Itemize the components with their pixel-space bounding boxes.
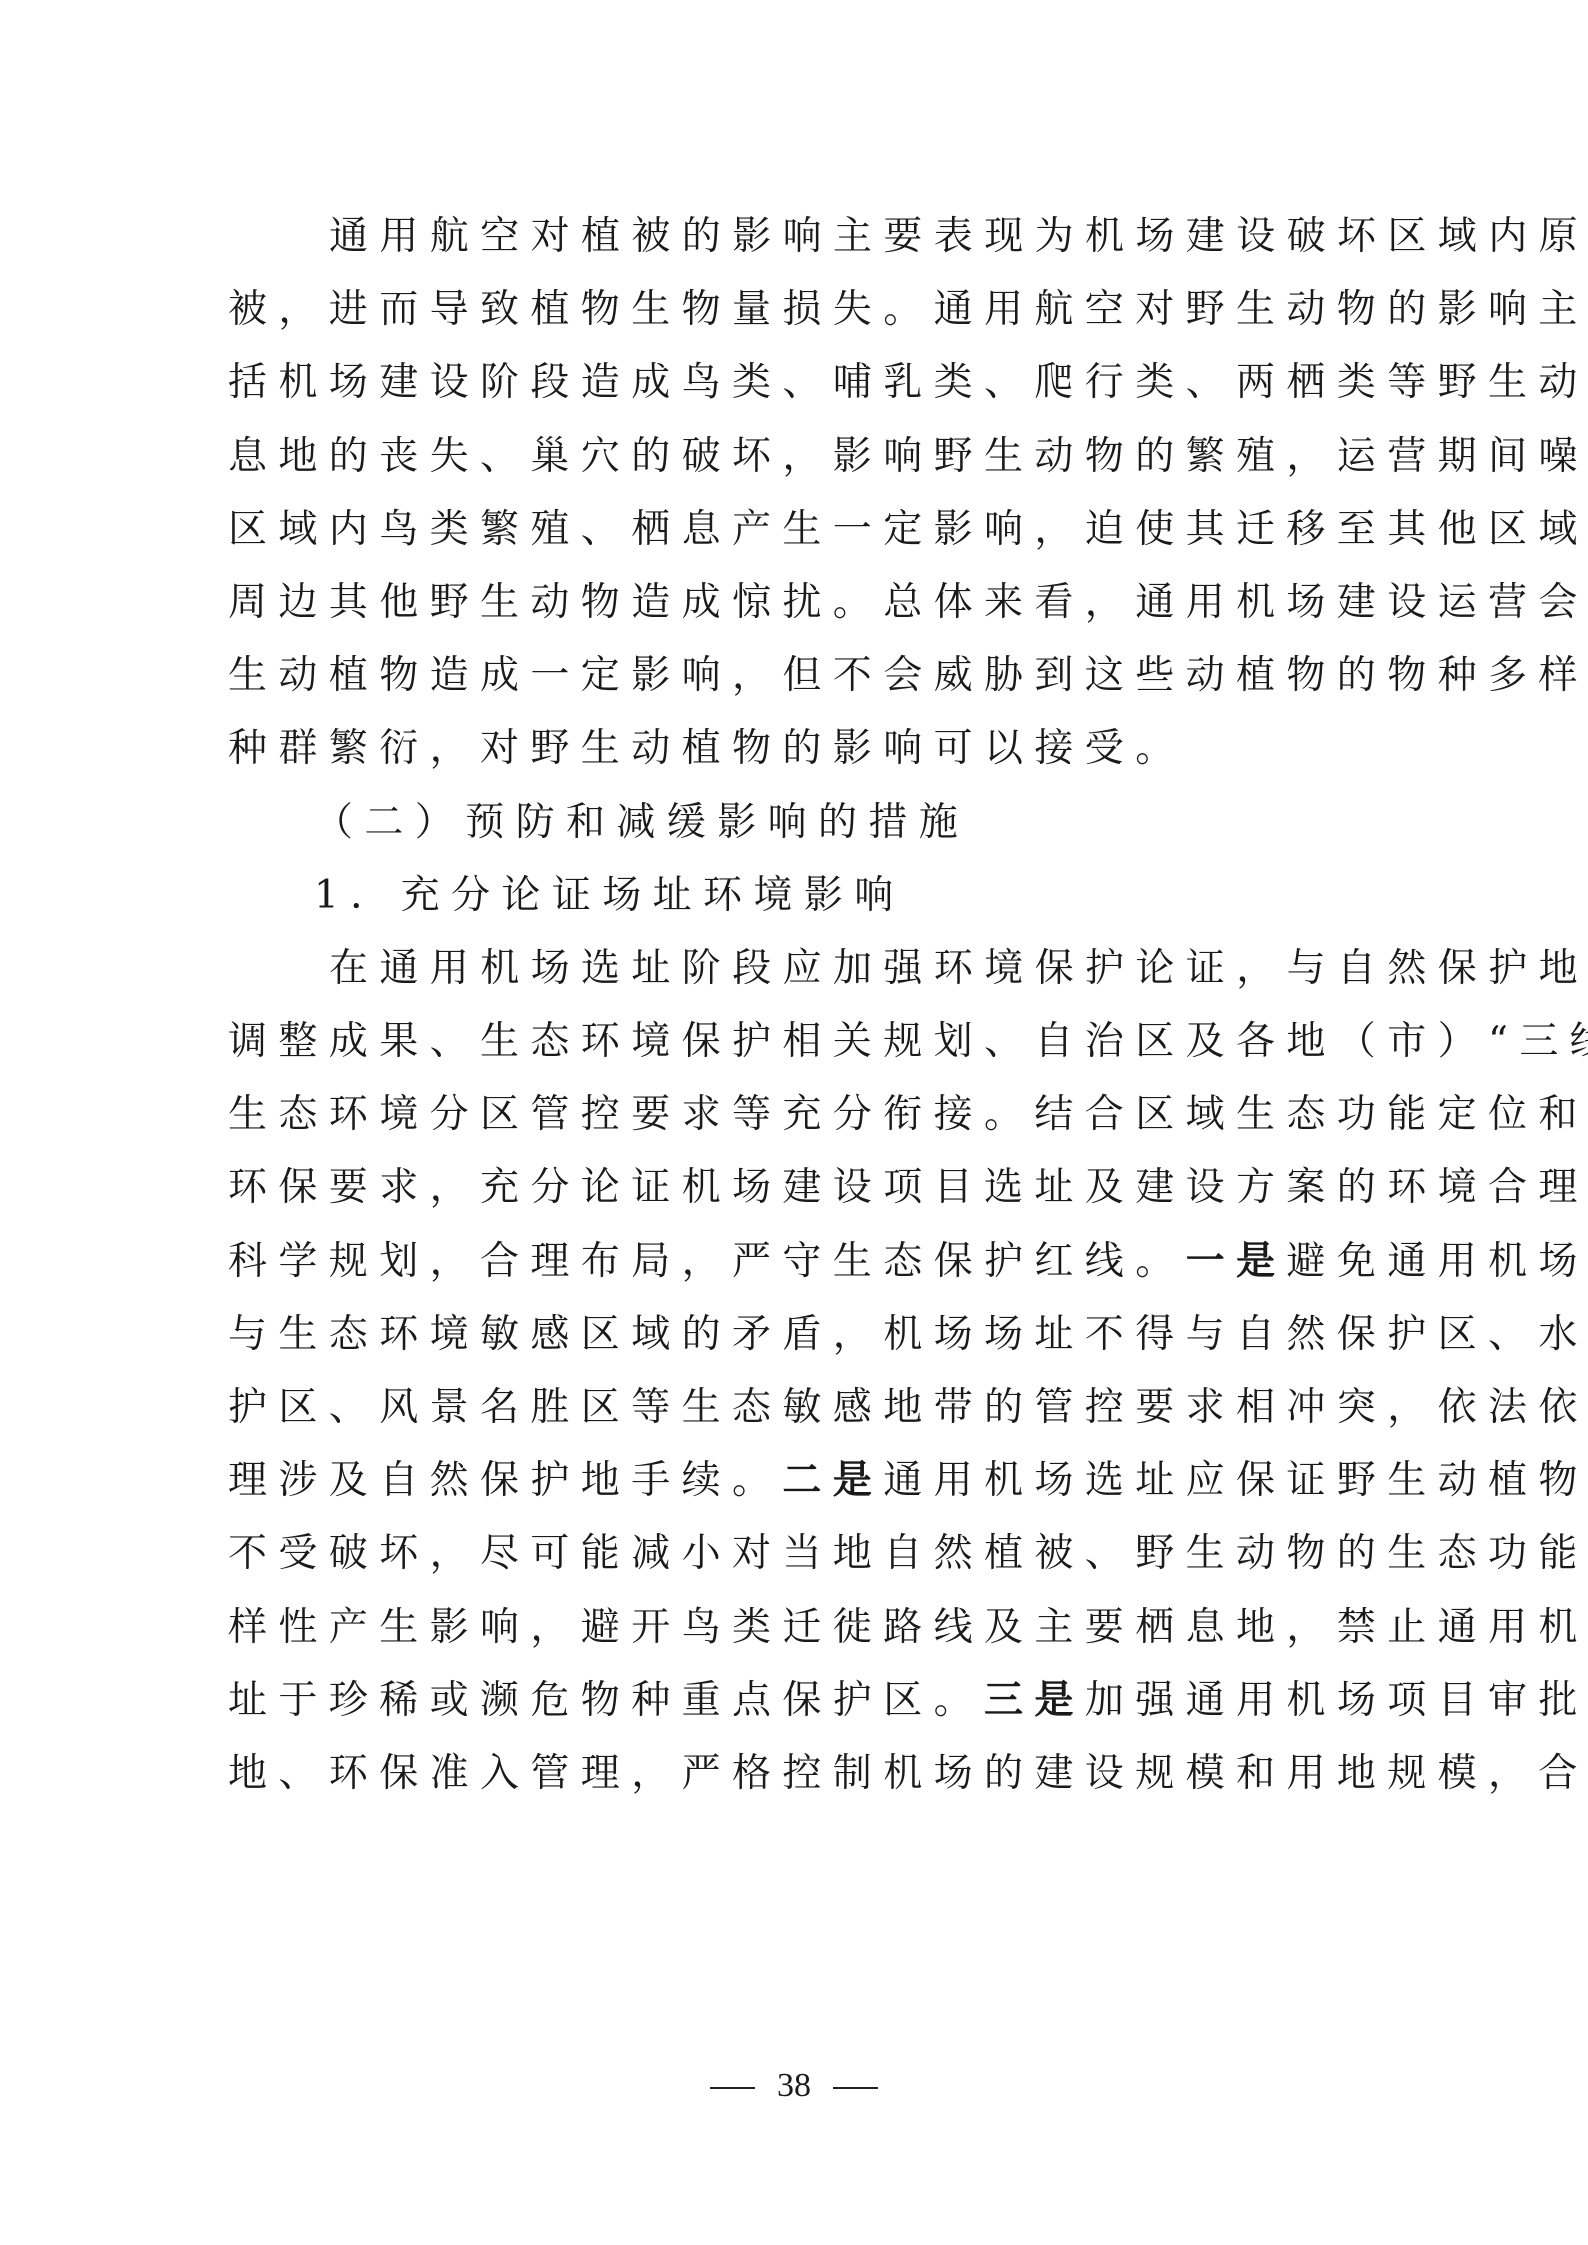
text-span: 科学规划，合理布局，严守生态保护红线。 [228, 1239, 1186, 1284]
text-span: 通用机场选址应保证野生动植物资源 [883, 1458, 1588, 1503]
dash-right [833, 2087, 878, 2089]
text-line: 种群繁衍，对野生动植物的影响可以接受。 [228, 712, 1398, 785]
emphasis-second: 二是 [782, 1457, 883, 1503]
text-line: 在通用机场选址阶段应加强环境保护论证，与自然保护地优化 [228, 932, 1398, 1005]
text-line: 与生态环境敏感区域的矛盾，机场场址不得与自然保护区、水源保 [228, 1298, 1398, 1371]
text-line: 护区、风景名胜区等生态敏感地带的管控要求相冲突，依法依规办 [228, 1371, 1398, 1444]
text-line: 区域内鸟类繁殖、栖息产生一定影响，迫使其迁移至其他区域，对 [228, 493, 1398, 566]
text-line: 生态环境分区管控要求等充分衔接。结合区域生态功能定位和相关 [228, 1078, 1398, 1151]
text-line: 址于珍稀或濒危物种重点保护区。三是加强通用机场项目审批和土 [228, 1664, 1398, 1737]
text-line: 被，进而导致植物生物量损失。通用航空对野生动物的影响主要包 [228, 273, 1398, 346]
text-span: 加强通用机场项目审批和土 [1085, 1678, 1588, 1723]
page-footer: 38 [0, 2067, 1588, 2105]
section-heading: （二）预防和减缓影响的措施 [228, 786, 1398, 859]
text-line: 不受破坏，尽可能减小对当地自然植被、野生动物的生态功能及多 [228, 1517, 1398, 1590]
text-line: 括机场建设阶段造成鸟类、哺乳类、爬行类、两栖类等野生动物栖 [228, 346, 1398, 419]
text-line: 理涉及自然保护地手续。二是通用机场选址应保证野生动植物资源 [228, 1444, 1398, 1517]
text-line: 生动植物造成一定影响，但不会威胁到这些动植物的物种多样性及 [228, 639, 1398, 712]
dash-left [710, 2087, 755, 2089]
document-page: 通用航空对植被的影响主要表现为机场建设破坏区域内原有植 被，进而导致植物生物量损… [228, 200, 1398, 1810]
paragraph-measures: 在通用机场选址阶段应加强环境保护论证，与自然保护地优化 调整成果、生态环境保护相… [228, 932, 1398, 1810]
emphasis-first: 一是 [1186, 1238, 1287, 1284]
text-span: 避免通用机场场址 [1286, 1239, 1588, 1284]
page-number: 38 [777, 2067, 811, 2104]
emphasis-third: 三是 [984, 1677, 1085, 1723]
text-line: 调整成果、生态环境保护相关规划、自治区及各地（市）“三线一单” [228, 1005, 1398, 1078]
paragraph-impact: 通用航空对植被的影响主要表现为机场建设破坏区域内原有植 被，进而导致植物生物量损… [228, 200, 1398, 786]
text-line: 地、环保准入管理，严格控制机场的建设规模和用地规模，合理规 [228, 1737, 1398, 1810]
text-line: 科学规划，合理布局，严守生态保护红线。一是避免通用机场场址 [228, 1225, 1398, 1298]
text-line: 样性产生影响，避开鸟类迁徙路线及主要栖息地，禁止通用机场选 [228, 1591, 1398, 1664]
subsection-heading: 1．充分论证场址环境影响 [228, 859, 1398, 932]
text-line: 息地的丧失、巢穴的破坏，影响野生动物的繁殖，运营期间噪声对 [228, 420, 1398, 493]
text-line: 环保要求，充分论证机场建设项目选址及建设方案的环境合理性， [228, 1151, 1398, 1224]
text-line: 通用航空对植被的影响主要表现为机场建设破坏区域内原有植 [228, 200, 1398, 273]
text-span: 理涉及自然保护地手续。 [228, 1458, 782, 1503]
text-span: 址于珍稀或濒危物种重点保护区。 [228, 1678, 984, 1723]
text-line: 周边其他野生动物造成惊扰。总体来看，通用机场建设运营会对野 [228, 566, 1398, 639]
